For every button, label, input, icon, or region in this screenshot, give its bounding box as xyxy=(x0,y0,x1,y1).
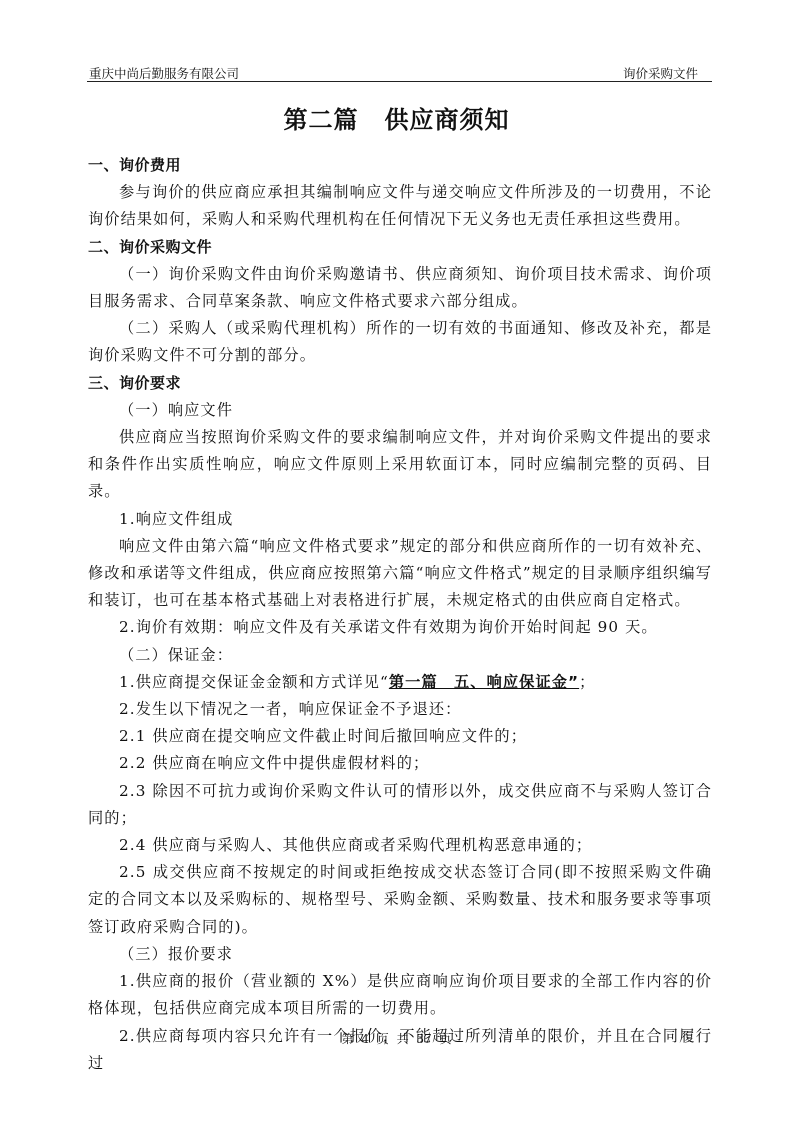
paragraph: 响应文件由第六篇“响应文件格式要求”规定的部分和供应商所作的一切有效补充、修改和… xyxy=(88,533,712,615)
paragraph: 2.3 除因不可抗力或询价采购文件认可的情形以外，成交供应商不与采购人签订合同的… xyxy=(88,778,712,832)
header-doc-type: 询价采购文件 xyxy=(623,64,698,82)
item-title: 1.响应文件组成 xyxy=(88,506,712,533)
paragraph: 1.供应商提交保证金金额和方式详见“第一篇 五、响应保证金”； xyxy=(88,669,712,696)
paragraph: （二）采购人（或采购代理机构）所作的一切有效的书面通知、修改及补充，都是询价采购… xyxy=(88,315,712,369)
paragraph: （一）询价采购文件由询价采购邀请书、供应商须知、询价项目技术需求、询价项目服务需… xyxy=(88,261,712,315)
page-footer: 第 4 页 共 37 页 xyxy=(0,1030,793,1047)
section-heading-2: 二、询价采购文件 xyxy=(88,234,712,261)
header-company: 重庆中尚后勤服务有限公司 xyxy=(89,64,239,82)
paragraph: 2.2 供应商在响应文件中提供虚假材料的； xyxy=(88,750,712,777)
page-header: 重庆中尚后勤服务有限公司 询价采购文件 xyxy=(87,63,712,82)
paragraph: 参与询价的供应商应承担其编制响应文件与递交响应文件所涉及的一切费用，不论询价结果… xyxy=(88,179,712,233)
paragraph: 1.供应商的报价（营业额的 X%）是供应商响应询价项目要求的全部工作内容的价格体… xyxy=(88,968,712,1022)
subheading: （一）响应文件 xyxy=(88,397,712,424)
paragraph: 2.询价有效期：响应文件及有关承诺文件有效期为询价开始时间起 90 天。 xyxy=(88,614,712,641)
paragraph: 2.4 供应商与采购人、其他供应商或者采购代理机构恶意串通的； xyxy=(88,832,712,859)
cross-reference-link[interactable]: 第一篇 五、响应保证金” xyxy=(389,673,579,691)
paragraph: 供应商应当按照询价采购文件的要求编制响应文件，并对询价采购文件提出的要求和条件作… xyxy=(88,424,712,506)
paragraph: 2.发生以下情况之一者，响应保证金不予退还： xyxy=(88,696,712,723)
paragraph: 2.1 供应商在提交响应文件截止时间后撤回响应文件的； xyxy=(88,723,712,750)
title-part: 第二篇 xyxy=(284,105,359,134)
text: 1.供应商提交保证金金额和方式详见“ xyxy=(119,673,389,691)
text: ； xyxy=(579,673,595,691)
title-name: 供应商须知 xyxy=(385,105,510,134)
paragraph: 2.5 成交供应商不按规定的时间或拒绝按成交状态签订合同(即不按照采购文件确定的… xyxy=(88,859,712,941)
section-heading-3: 三、询价要求 xyxy=(88,370,712,397)
document-body: 一、询价费用 参与询价的供应商应承担其编制响应文件与递交响应文件所涉及的一切费用… xyxy=(88,152,712,1077)
subheading: （二）保证金： xyxy=(88,642,712,669)
page-title: 第二篇供应商须知 xyxy=(0,100,793,135)
subheading: （三）报价要求 xyxy=(88,941,712,968)
section-heading-1: 一、询价费用 xyxy=(88,152,712,179)
